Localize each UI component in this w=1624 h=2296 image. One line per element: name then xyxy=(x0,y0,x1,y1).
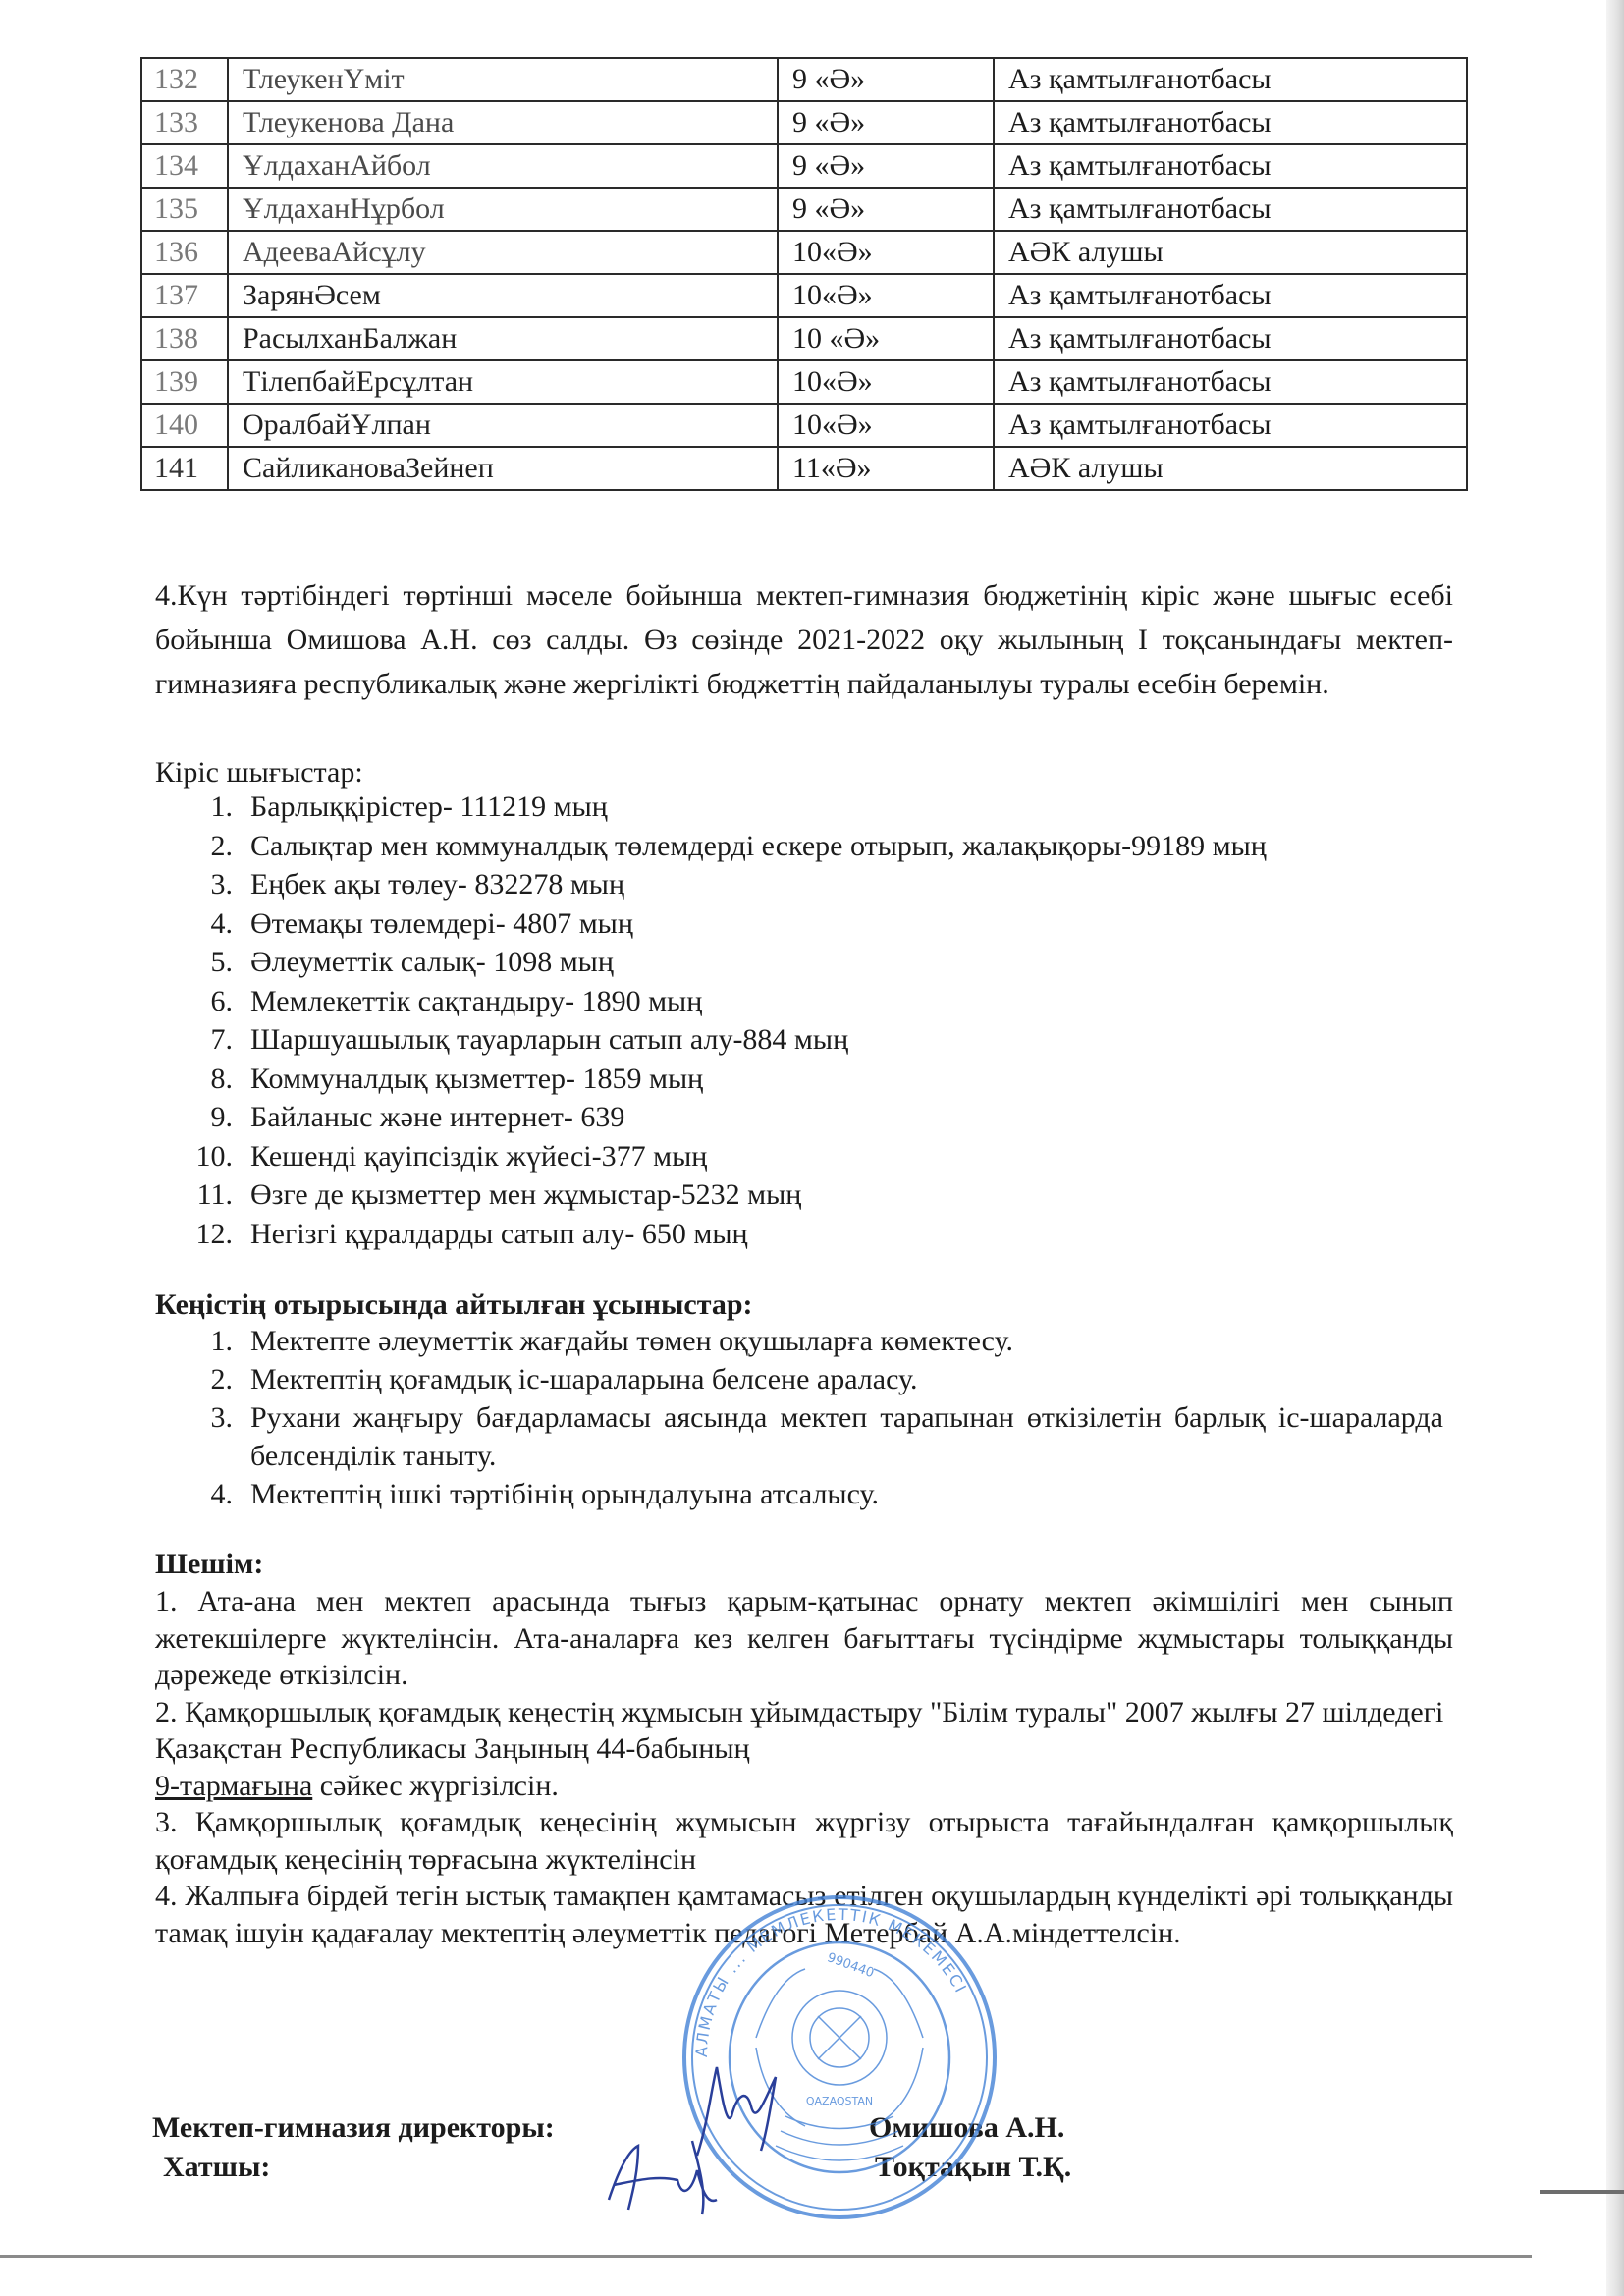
proposal-item: 1.Мектепте әлеуметтік жағдайы төмен оқуш… xyxy=(155,1322,1453,1360)
class-cell: 10 «Ә» xyxy=(778,317,994,360)
table-row: 137ЗарянӘсем10«Ә»Аз қамтылғанотбасы xyxy=(141,274,1467,317)
list-number: 10. xyxy=(155,1137,250,1176)
status-cell: Аз қамтылғанотбасы xyxy=(994,274,1467,317)
decision-item-4: 4. Жалпыға бірдей тегін ыстық тамақпен қ… xyxy=(155,1878,1453,1951)
scan-shadow xyxy=(1540,2190,1624,2194)
row-number-cell: 134 xyxy=(141,144,228,188)
student-name-cell: СайликановаЗейнеп xyxy=(228,447,778,490)
list-number: 6. xyxy=(155,982,250,1021)
director-signature-icon xyxy=(677,2057,795,2165)
expense-item: 5.Әлеуметтік салық- 1098 мың xyxy=(155,943,1453,982)
class-cell: 10«Ә» xyxy=(778,231,994,274)
class-cell: 10«Ә» xyxy=(778,274,994,317)
table-row: 132ТлеукенҮміт9 «Ә»Аз қамтылғанотбасы xyxy=(141,58,1467,101)
student-name-cell: ТлеукенҮміт xyxy=(228,58,778,101)
list-number: 4. xyxy=(155,904,250,944)
expense-item: 7.Шаршуашылық тауарларын сатып алу-884 м… xyxy=(155,1020,1453,1060)
row-number-cell: 132 xyxy=(141,58,228,101)
list-text: Кешенді қауіпсіздік жүйесі-377 мың xyxy=(250,1137,707,1176)
class-cell: 10«Ә» xyxy=(778,360,994,404)
student-name-cell: ЗарянӘсем xyxy=(228,274,778,317)
expense-item: 10.Кешенді қауіпсіздік жүйесі-377 мың xyxy=(155,1137,1453,1176)
class-cell: 10«Ә» xyxy=(778,404,994,447)
list-text: Байланыс және интернет- 639 xyxy=(250,1098,624,1137)
row-number-cell: 136 xyxy=(141,231,228,274)
list-text: Мектепте әлеуметтік жағдайы төмен оқушыл… xyxy=(250,1322,1453,1360)
table-row: 133Тлеукенова Дана9 «Ә»Аз қамтылғанотбас… xyxy=(141,101,1467,144)
status-cell: Аз қамтылғанотбасы xyxy=(994,188,1467,231)
secretary-name: Тоқтақын Т.Қ. xyxy=(875,2151,1071,2184)
scan-shadow xyxy=(0,2255,1532,2258)
decision-item-1: 1. Ата-ана мен мектеп арасында тығыз қар… xyxy=(155,1583,1453,1694)
proposals-title: Кеңістің отырысында айтылған ұсыныстар: xyxy=(155,1283,1453,1327)
decision-item-2-tail: сәйкес жүргізілсін. xyxy=(312,1770,559,1802)
list-number: 8. xyxy=(155,1060,250,1099)
expense-item: 3.Еңбек ақы төлеу- 832278 мың xyxy=(155,865,1453,904)
secretary-label: Хатшы: xyxy=(163,2151,270,2184)
expense-item: 11.Өзге де қызметтер мен жұмыстар-5232 м… xyxy=(155,1175,1453,1215)
list-text: Рухани жаңғыру бағдарламасы аясында мект… xyxy=(250,1398,1453,1475)
status-cell: АӘК алушы xyxy=(994,447,1467,490)
decision-title: Шешім: xyxy=(155,1542,1453,1586)
list-text: Негізгі құралдарды сатып алу- 650 мың xyxy=(250,1215,748,1254)
class-cell: 11«Ә» xyxy=(778,447,994,490)
student-name-cell: ҰлдаханАйбол xyxy=(228,144,778,188)
status-cell: АӘК алушы xyxy=(994,231,1467,274)
table-row: 135ҰлдаханНұрбол9 «Ә»Аз қамтылғанотбасы xyxy=(141,188,1467,231)
list-number: 1. xyxy=(155,788,250,827)
list-text: Мектептің ішкі тәртібінің орындалуына ат… xyxy=(250,1475,1453,1513)
agenda-item-4-paragraph: 4.Күн тәртібіндегі төртінші мәселе бойын… xyxy=(155,574,1453,706)
list-text: Еңбек ақы төлеу- 832278 мың xyxy=(250,865,624,904)
status-cell: Аз қамтылғанотбасы xyxy=(994,58,1467,101)
list-text: Салықтар мен коммуналдық төлемдерді еске… xyxy=(250,827,1267,866)
expense-item: 12.Негізгі құралдарды сатып алу- 650 мың xyxy=(155,1215,1453,1254)
student-name-cell: ҰлдаханНұрбол xyxy=(228,188,778,231)
list-number: 2. xyxy=(155,827,250,866)
list-number: 11. xyxy=(155,1175,250,1215)
student-name-cell: РасылханБалжан xyxy=(228,317,778,360)
row-number-cell: 141 xyxy=(141,447,228,490)
expense-item: 9.Байланыс және интернет- 639 xyxy=(155,1098,1453,1137)
expense-item: 4.Өтемақы төлемдері- 4807 мың xyxy=(155,904,1453,944)
table-row: 134ҰлдаханАйбол9 «Ә»Аз қамтылғанотбасы xyxy=(141,144,1467,188)
list-number: 1. xyxy=(155,1322,250,1360)
list-number: 9. xyxy=(155,1098,250,1137)
row-number-cell: 138 xyxy=(141,317,228,360)
expense-item: 1.Барлыққірістер- 111219 мың xyxy=(155,788,1453,827)
list-text: Мектептің қоғамдық іс-шараларына белсене… xyxy=(250,1360,1453,1398)
class-cell: 9 «Ә» xyxy=(778,58,994,101)
row-number-cell: 135 xyxy=(141,188,228,231)
list-number: 7. xyxy=(155,1020,250,1060)
student-roster-table: 132ТлеукенҮміт9 «Ә»Аз қамтылғанотбасы133… xyxy=(140,57,1468,491)
status-cell: Аз қамтылғанотбасы xyxy=(994,317,1467,360)
director-name: Омишова А.Н. xyxy=(869,2111,1064,2145)
law-clause-link[interactable]: 9-тармағына xyxy=(155,1770,312,1802)
status-cell: Аз қамтылғанотбасы xyxy=(994,144,1467,188)
list-number: 3. xyxy=(155,1398,250,1475)
list-text: Коммуналдық қызметтер- 1859 мың xyxy=(250,1060,703,1099)
list-number: 4. xyxy=(155,1475,250,1513)
status-cell: Аз қамтылғанотбасы xyxy=(994,404,1467,447)
decision-item-3: 3. Қамқоршылық қоғамдық кеңесінің жұмысы… xyxy=(155,1804,1453,1878)
student-name-cell: ТілепбайЕрсұлтан xyxy=(228,360,778,404)
decision-item-2-text: 2. Қамқоршылық қоғамдық кеңестің жұмысын… xyxy=(155,1696,1443,1766)
director-label: Мектеп-гимназия директоры: xyxy=(152,2111,555,2145)
list-text: Өзге де қызметтер мен жұмыстар-5232 мың xyxy=(250,1175,801,1215)
class-cell: 9 «Ә» xyxy=(778,101,994,144)
class-cell: 9 «Ә» xyxy=(778,188,994,231)
status-cell: Аз қамтылғанотбасы xyxy=(994,360,1467,404)
list-number: 5. xyxy=(155,943,250,982)
student-name-cell: Тлеукенова Дана xyxy=(228,101,778,144)
list-text: Әлеуметтік салық- 1098 мың xyxy=(250,943,614,982)
expense-item: 2.Салықтар мен коммуналдық төлемдерді ес… xyxy=(155,827,1453,866)
row-number-cell: 139 xyxy=(141,360,228,404)
proposal-item: 3.Рухани жаңғыру бағдарламасы аясында ме… xyxy=(155,1398,1453,1475)
list-number: 3. xyxy=(155,865,250,904)
list-text: Мемлекеттік сақтандыру- 1890 мың xyxy=(250,982,702,1021)
class-cell: 9 «Ә» xyxy=(778,144,994,188)
proposals-list: 1.Мектепте әлеуметтік жағдайы төмен оқуш… xyxy=(155,1322,1453,1513)
table-row: 140ОралбайҰлпан10«Ә»Аз қамтылғанотбасы xyxy=(141,404,1467,447)
proposal-item: 2.Мектептің қоғамдық іс-шараларына белсе… xyxy=(155,1360,1453,1398)
svg-text:990440: 990440 xyxy=(825,1950,876,1981)
secretary-signature-icon xyxy=(599,2131,727,2219)
scan-page-edge xyxy=(1606,0,1624,2296)
student-name-cell: АдееваАйсұлу xyxy=(228,231,778,274)
list-number: 12. xyxy=(155,1215,250,1254)
expense-item: 8.Коммуналдық қызметтер- 1859 мың xyxy=(155,1060,1453,1099)
decision-body: 1. Ата-ана мен мектеп арасында тығыз қар… xyxy=(155,1583,1453,1951)
row-number-cell: 140 xyxy=(141,404,228,447)
list-text: Барлыққірістер- 111219 мың xyxy=(250,788,608,827)
list-text: Өтемақы төлемдері- 4807 мың xyxy=(250,904,633,944)
list-text: Шаршуашылық тауарларын сатып алу-884 мың xyxy=(250,1020,848,1060)
svg-text:QAZAQSTAN: QAZAQSTAN xyxy=(806,2095,873,2107)
list-number: 2. xyxy=(155,1360,250,1398)
expense-item: 6.Мемлекеттік сақтандыру- 1890 мың xyxy=(155,982,1453,1021)
decision-item-2: 2. Қамқоршылық қоғамдық кеңестің жұмысын… xyxy=(155,1694,1453,1805)
proposal-item: 4.Мектептің ішкі тәртібінің орындалуына … xyxy=(155,1475,1453,1513)
table-row: 139ТілепбайЕрсұлтан10«Ә»Аз қамтылғанотба… xyxy=(141,360,1467,404)
student-name-cell: ОралбайҰлпан xyxy=(228,404,778,447)
expenses-list: 1.Барлыққірістер- 111219 мың2.Салықтар м… xyxy=(155,788,1453,1253)
table-row: 136АдееваАйсұлу10«Ә»АӘК алушы xyxy=(141,231,1467,274)
table-row: 138РасылханБалжан10 «Ә»Аз қамтылғанотбас… xyxy=(141,317,1467,360)
status-cell: Аз қамтылғанотбасы xyxy=(994,101,1467,144)
row-number-cell: 133 xyxy=(141,101,228,144)
table-row: 141СайликановаЗейнеп11«Ә»АӘК алушы xyxy=(141,447,1467,490)
row-number-cell: 137 xyxy=(141,274,228,317)
